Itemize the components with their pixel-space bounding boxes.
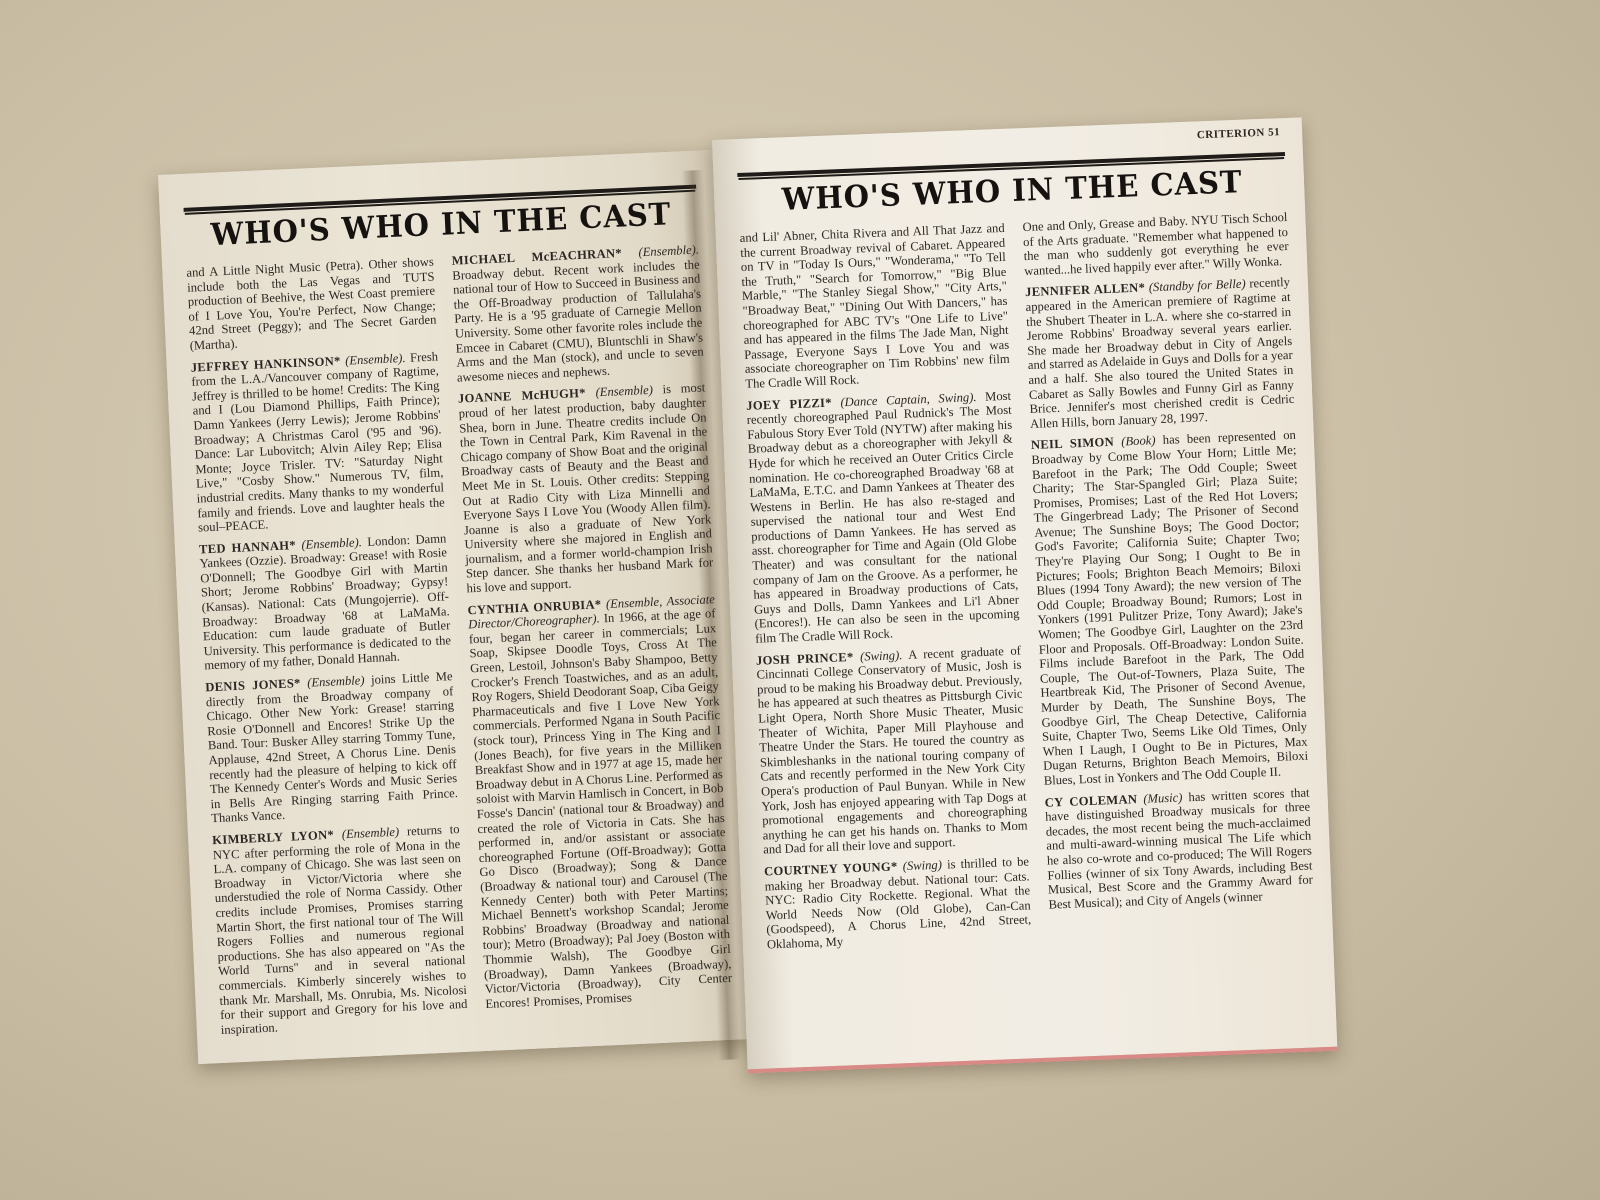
- bio-entry: JOEY PIZZI* (Dance Captain, Swing). Most…: [746, 388, 1020, 646]
- right-page: CRITERION 51 WHO'S WHO IN THE CAST and L…: [712, 117, 1337, 1073]
- bio-text: Broadway debut. Recent work includes the…: [452, 257, 704, 384]
- left-page: WHO'S WHO IN THE CAST and A Little Night…: [158, 150, 753, 1064]
- bio-text: and Lil' Abner, Chita Rivera and All Tha…: [740, 221, 1010, 391]
- bio-entry: CY COLEMAN (Music) has written scores th…: [1044, 785, 1313, 912]
- bio-role: (Music): [1143, 790, 1183, 805]
- bio-role: (Book): [1121, 434, 1156, 449]
- bio-entry: CYNTHIA ONRUBIA* (Ensemble, Associate Di…: [467, 592, 733, 1011]
- bio-text: Fresh from the L.A./Vancouver company of…: [191, 349, 445, 535]
- bio-entry: and A Little Night Music (Petra). Other …: [186, 255, 437, 354]
- column: and A Little Night Music (Petra). Other …: [186, 255, 469, 1043]
- left-masthead: WHO'S WHO IN THE CAST: [184, 185, 699, 253]
- bio-text: A recent graduate of Cincinnati College …: [756, 643, 1028, 857]
- bio-entry: JEFFREY HANKINSON* (Ensemble). Fresh fro…: [190, 349, 445, 535]
- bio-text: has been represented on Broadway by Come…: [1031, 428, 1308, 788]
- bio-entry: DENIS JONES* (Ensemble) joins Little Me …: [205, 669, 459, 826]
- bio-entry: TED HANNAH* (Ensemble). London: Damn Yan…: [199, 531, 452, 673]
- bio-entry: NEIL SIMON (Book) has been represented o…: [1031, 428, 1309, 788]
- running-head: CRITERION 51: [1197, 126, 1281, 141]
- bio-text: returns to NYC after performing the role…: [213, 822, 468, 1037]
- bio-text: One and Only, Grease and Baby. NYU Tisch…: [1022, 210, 1288, 278]
- bio-entry: COURTNEY YOUNG* (Swing) is thrilled to b…: [764, 854, 1032, 952]
- column: One and Only, Grease and Baby. NYU Tisch…: [1022, 210, 1318, 1038]
- bio-entry: MICHAEL McEACHRAN* (Ensemble). Broadway …: [451, 243, 704, 385]
- bio-text: Most recently choreographed Paul Rudnick…: [747, 388, 1020, 645]
- bio-text: and A Little Night Music (Petra). Other …: [186, 255, 437, 353]
- right-masthead: WHO'S WHO IN THE CAST: [737, 152, 1286, 218]
- left-columns: and A Little Night Music (Petra). Other …: [186, 243, 734, 1043]
- bio-entry: and Lil' Abner, Chita Rivera and All Tha…: [740, 221, 1011, 392]
- bio-text: joins Little Me directly from the Broadw…: [206, 669, 459, 825]
- bio-entry: KIMBERLY LYON* (Ensemble) returns to NYC…: [212, 822, 469, 1037]
- right-columns: and Lil' Abner, Chita Rivera and All Tha…: [740, 210, 1319, 1048]
- bio-entry: One and Only, Grease and Baby. NYU Tisch…: [1022, 210, 1289, 279]
- bio-entry: JOANNE McHUGH* (Ensemble) is most proud …: [458, 381, 715, 596]
- bio-entry: JENNIFER ALLEN* (Standby for Belle) rece…: [1025, 275, 1295, 431]
- bio-text: recently appeared in the American premie…: [1025, 275, 1294, 430]
- bio-role: (Swing).: [860, 648, 903, 664]
- bio-text: In 1966, at the age of four, began her c…: [469, 606, 733, 1010]
- bio-entry: JOSH PRINCE* (Swing). A recent graduate …: [756, 643, 1029, 857]
- bio-text: is most proud of her latest production, …: [458, 381, 713, 596]
- column: and Lil' Abner, Chita Rivera and All Tha…: [740, 221, 1036, 1049]
- bio-role: (Swing): [902, 858, 942, 873]
